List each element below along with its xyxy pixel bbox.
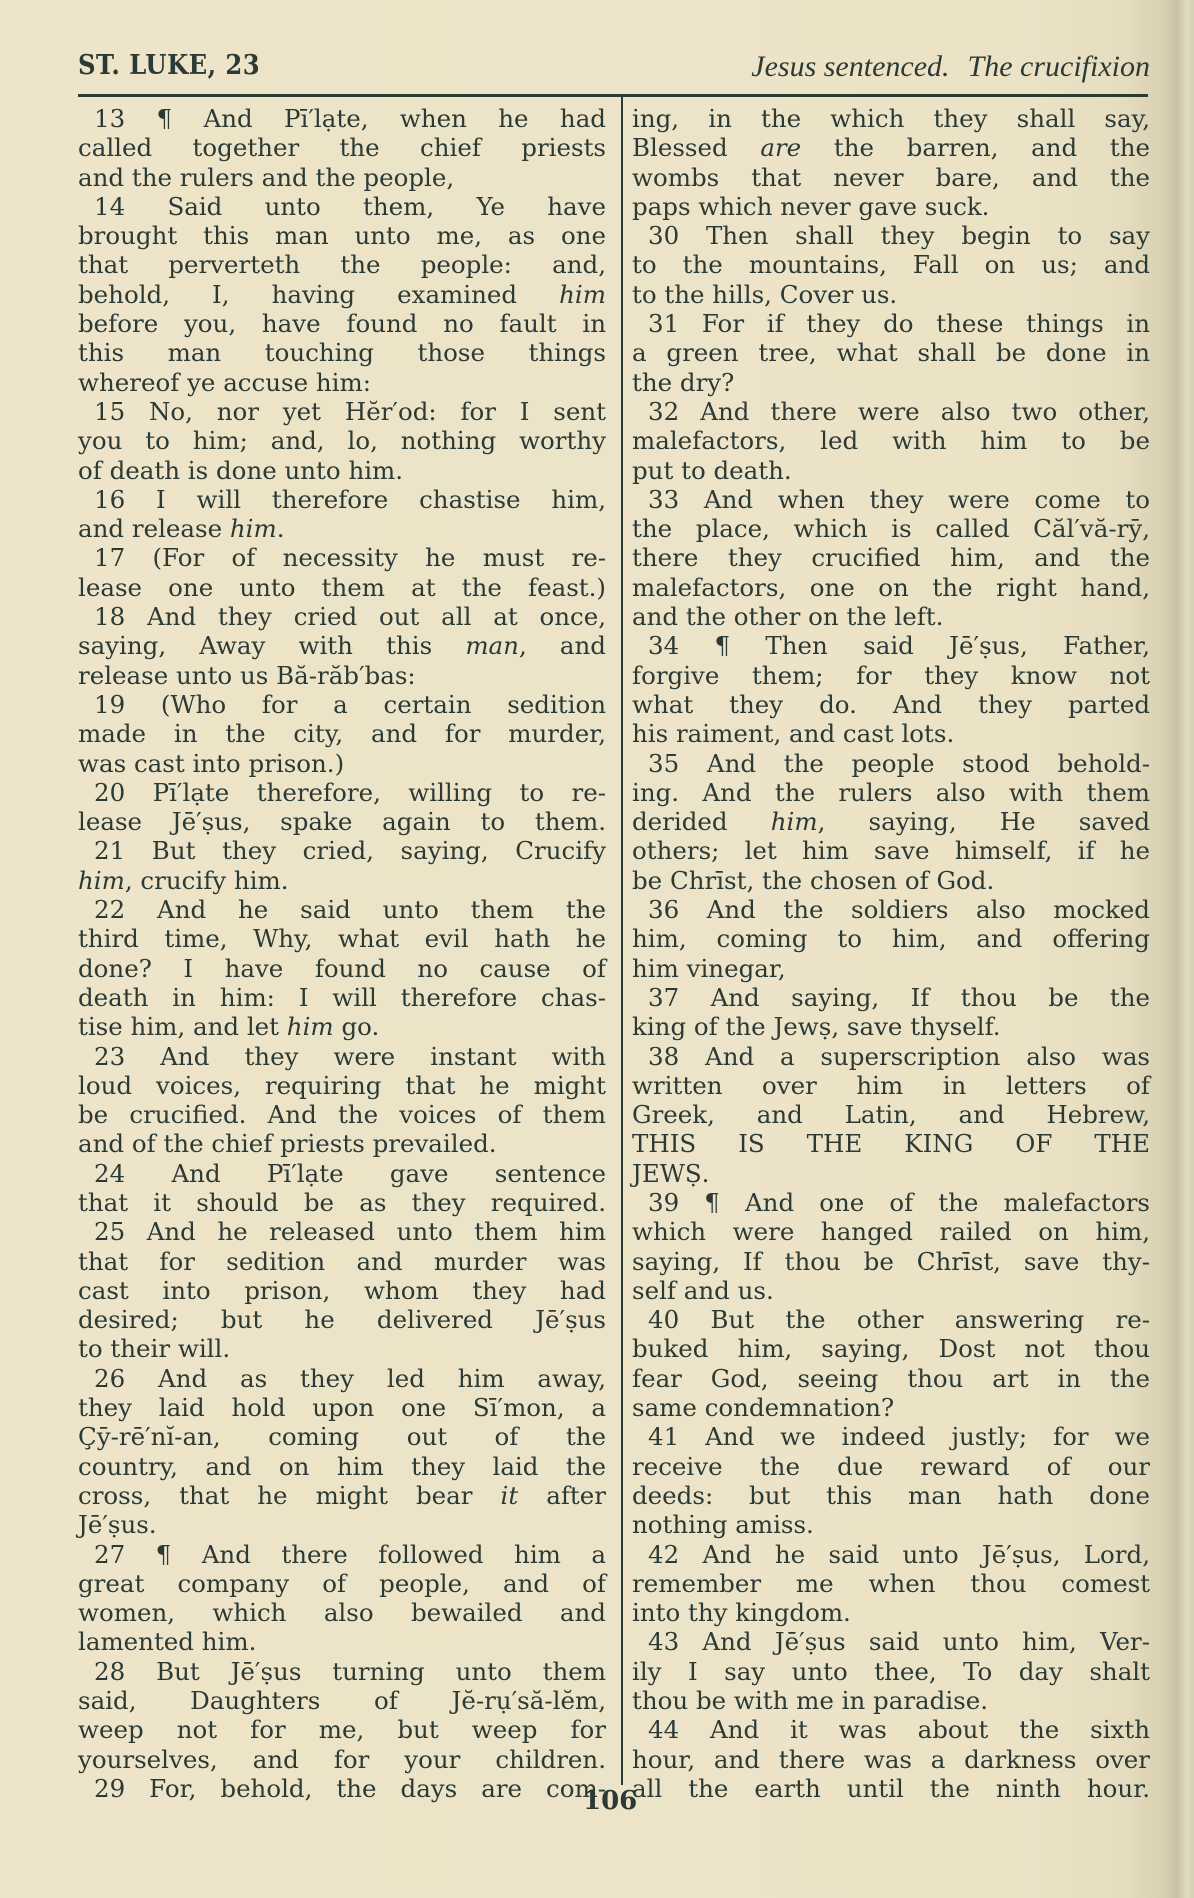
verse-line: saying, Away with this man, and [78, 631, 606, 660]
verse-line: they laid hold upon one Sī′mon, a [78, 1393, 606, 1422]
verse-line: nothing amiss. [632, 1510, 1150, 1539]
section-summary-part-2: The crucifixion [968, 50, 1150, 83]
verse-line: 23 And they were instant with [78, 1042, 606, 1071]
verse-line: that for sedition and murder was [78, 1247, 606, 1276]
verse-line: 32 And there were also two other, [632, 397, 1150, 426]
verse-line: 24 And Pī′lạte gave sentence [78, 1159, 606, 1188]
verse-line: to the mountains, Fall on us; and [632, 250, 1150, 279]
verse-line: 22 And he said unto them the [78, 895, 606, 924]
verse-line: called together the chief priests [78, 133, 606, 162]
verse-line: loud voices, requiring that he might [78, 1071, 606, 1100]
verse-line: 27 ¶ And there followed him a [78, 1540, 606, 1569]
verse-line: 17 (For of necessity he must re- [78, 543, 606, 572]
verse-line: written over him in letters of [632, 1071, 1150, 1100]
verse-line: Çȳ-rē′nĭ-an, coming out of the [78, 1422, 606, 1451]
verse-line: behold, I, having examined him [78, 280, 606, 309]
verse-line: 13 ¶ And Pī′lạte, when he had [78, 104, 606, 133]
verse-line: THIS IS THE KING OF THE [632, 1129, 1150, 1158]
verse-line: 41 And we indeed justly; for we [632, 1422, 1150, 1451]
verse-line: put to death. [632, 456, 1150, 485]
verse-line: before you, have found no fault in [78, 309, 606, 338]
verse-line: tise him, and let him go. [78, 1012, 606, 1041]
verse-line: 44 And it was about the sixth [632, 1715, 1150, 1744]
verse-line: JEWṢ. [632, 1159, 1150, 1188]
verse-line: 36 And the soldiers also mocked [632, 895, 1150, 924]
verse-line: was cast into prison.) [78, 749, 606, 778]
verse-line: hour, and there was a darkness over [632, 1745, 1150, 1774]
verse-line: 39 ¶ And one of the malefactors [632, 1188, 1150, 1217]
verse-line: 43 And Jē′ṣus said unto him, Ver- [632, 1627, 1150, 1656]
verse-line: ing, in the which they shall say, [632, 104, 1150, 133]
verse-line: 16 I will therefore chastise him, [78, 485, 606, 514]
verse-line: to the hills, Cover us. [632, 280, 1150, 309]
verse-line: lease one unto them at the feast.) [78, 573, 606, 602]
bible-page: ST. LUKE, 23 Jesus sentenced.The crucifi… [0, 0, 1194, 1898]
verse-line: country, and on him they laid the [78, 1452, 606, 1481]
verse-line: him, crucify him. [78, 866, 606, 895]
verse-line: cast into prison, whom they had [78, 1276, 606, 1305]
verse-line: what they do. And they parted [632, 690, 1150, 719]
italic-word: him [771, 807, 818, 836]
verse-line: be crucified. And the voices of them [78, 1100, 606, 1129]
verse-line: 18 And they cried out all at once, [78, 602, 606, 631]
verse-line: and the other on the left. [632, 602, 1150, 631]
verse-line: derided him, saying, He saved [632, 807, 1150, 836]
verse-line: 19 (Who for a certain sedition [78, 690, 606, 719]
verse-line: remember me when thou comest [632, 1569, 1150, 1598]
verse-line: Blessed are the barren, and the [632, 133, 1150, 162]
verse-line: this man touching those things [78, 338, 606, 367]
verse-line: 35 And the people stood behold- [632, 749, 1150, 778]
verse-line: 25 And he released unto them him [78, 1217, 606, 1246]
verse-line: self and us. [632, 1276, 1150, 1305]
verse-line: of death is done unto him. [78, 456, 606, 485]
verse-line: 20 Pī′lạte therefore, willing to re- [78, 778, 606, 807]
book-chapter-title: ST. LUKE, 23 [78, 50, 260, 81]
verse-line: that it should be as they required. [78, 1188, 606, 1217]
verse-line: wombs that never bare, and the [632, 163, 1150, 192]
italic-word: man [465, 631, 519, 660]
verse-line: paps which never gave suck. [632, 192, 1150, 221]
verse-line: others; let him save himself, if he [632, 836, 1150, 865]
verse-line: ily I say unto thee, To day shalt [632, 1657, 1150, 1686]
verse-line: fear God, seeing thou art in the [632, 1364, 1150, 1393]
verse-line: deeds: but this man hath done [632, 1481, 1150, 1510]
verse-line: desired; but he delivered Jē′ṣus [78, 1305, 606, 1334]
verse-line: his raiment, and cast lots. [632, 719, 1150, 748]
verse-line: 31 For if they do these things in [632, 309, 1150, 338]
running-head: ST. LUKE, 23 Jesus sentenced.The crucifi… [78, 50, 1150, 90]
italic-word: it [501, 1481, 519, 1510]
verse-line: to their will. [78, 1334, 606, 1363]
verse-line: said, Daughters of Jĕ-rụ′să-lĕm, [78, 1686, 606, 1715]
italic-word: him [287, 1012, 334, 1041]
verse-line: whereof ye accuse him: [78, 368, 606, 397]
verse-line: and release him. [78, 514, 606, 543]
right-column: ing, in the which they shall say,Blessed… [632, 104, 1150, 1803]
verse-line: be Chrīst, the chosen of God. [632, 866, 1150, 895]
verse-line: into thy kingdom. [632, 1598, 1150, 1627]
verse-line: and of the chief priests prevailed. [78, 1129, 606, 1158]
verse-line: forgive them; for they know not [632, 661, 1150, 690]
verse-line: receive the due reward of our [632, 1452, 1150, 1481]
verse-line: a green tree, what shall be done in [632, 338, 1150, 367]
verse-line: which were hanged railed on him, [632, 1217, 1150, 1246]
verse-line: lease Jē′ṣus, spake again to them. [78, 807, 606, 836]
verse-line: 34 ¶ Then said Jē′ṣus, Father, [632, 631, 1150, 660]
verse-line: the place, which is called Căl′vă-rȳ, [632, 514, 1150, 543]
verse-line: 15 No, nor yet Hĕr′od: for I sent [78, 397, 606, 426]
verse-line: death in him: I will therefore chas- [78, 983, 606, 1012]
verse-line: 26 And as they led him away, [78, 1364, 606, 1393]
verse-line: king of the Jewṣ, save thyself. [632, 1012, 1150, 1041]
italic-word: him [559, 280, 606, 309]
italic-word: him [230, 514, 277, 543]
verse-line: 38 And a superscription also was [632, 1042, 1150, 1071]
verse-line: yourselves, and for your children. [78, 1745, 606, 1774]
verse-line: thou be with me in paradise. [632, 1686, 1150, 1715]
italic-word: him [78, 866, 125, 895]
verse-line: ing. And the rulers also with them [632, 778, 1150, 807]
verse-line: all the earth until the ninth hour. [632, 1774, 1150, 1803]
italic-word: are [760, 133, 801, 162]
verse-line: 29 For, behold, the days are com- [78, 1774, 606, 1803]
verse-line: 21 But they cried, saying, Crucify [78, 836, 606, 865]
verse-line: made in the city, and for murder, [78, 719, 606, 748]
verse-line: same condemnation? [632, 1393, 1150, 1422]
page-number: 106 [583, 1786, 637, 1816]
verse-line: cross, that he might bear it after [78, 1481, 606, 1510]
verse-line: 30 Then shall they begin to say [632, 221, 1150, 250]
column-divider [621, 97, 623, 1785]
verse-line: Jē′ṣus. [78, 1510, 606, 1539]
verse-line: that perverteth the people: and, [78, 250, 606, 279]
verse-line: saying, If thou be Chrīst, save thy- [632, 1247, 1150, 1276]
left-column: 13 ¶ And Pī′lạte, when he hadcalled toge… [78, 104, 606, 1803]
verse-line: great company of people, and of [78, 1569, 606, 1598]
verse-line: 33 And when they were come to [632, 485, 1150, 514]
verse-line: 28 But Jē′ṣus turning unto them [78, 1657, 606, 1686]
section-summary-part-1: Jesus sentenced. [751, 50, 949, 83]
verse-line: buked him, saying, Dost not thou [632, 1334, 1150, 1363]
verse-line: him, coming to him, and offering [632, 924, 1150, 953]
verse-line: there they crucified him, and the [632, 543, 1150, 572]
verse-line: women, which also bewailed and [78, 1598, 606, 1627]
verse-line: third time, Why, what evil hath he [78, 924, 606, 953]
verse-line: 42 And he said unto Jē′ṣus, Lord, [632, 1540, 1150, 1569]
verse-line: done? I have found no cause of [78, 954, 606, 983]
verse-line: malefactors, led with him to be [632, 426, 1150, 455]
verse-line: you to him; and, lo, nothing worthy [78, 426, 606, 455]
verse-line: the dry? [632, 368, 1150, 397]
verse-line: release unto us Bă-răb′bas: [78, 661, 606, 690]
verse-line: 14 Said unto them, Ye have [78, 192, 606, 221]
verse-line: and the rulers and the people, [78, 163, 606, 192]
verse-line: 37 And saying, If thou be the [632, 983, 1150, 1012]
verse-line: lamented him. [78, 1627, 606, 1656]
verse-line: brought this man unto me, as one [78, 221, 606, 250]
verse-line: malefactors, one on the right hand, [632, 573, 1150, 602]
verse-line: Greek, and Latin, and Hebrew, [632, 1100, 1150, 1129]
verse-line: him vinegar, [632, 954, 1150, 983]
verse-line: weep not for me, but weep for [78, 1715, 606, 1744]
section-summary: Jesus sentenced.The crucifixion [751, 50, 1150, 84]
header-rule [78, 94, 1148, 97]
verse-line: 40 But the other answering re- [632, 1305, 1150, 1334]
